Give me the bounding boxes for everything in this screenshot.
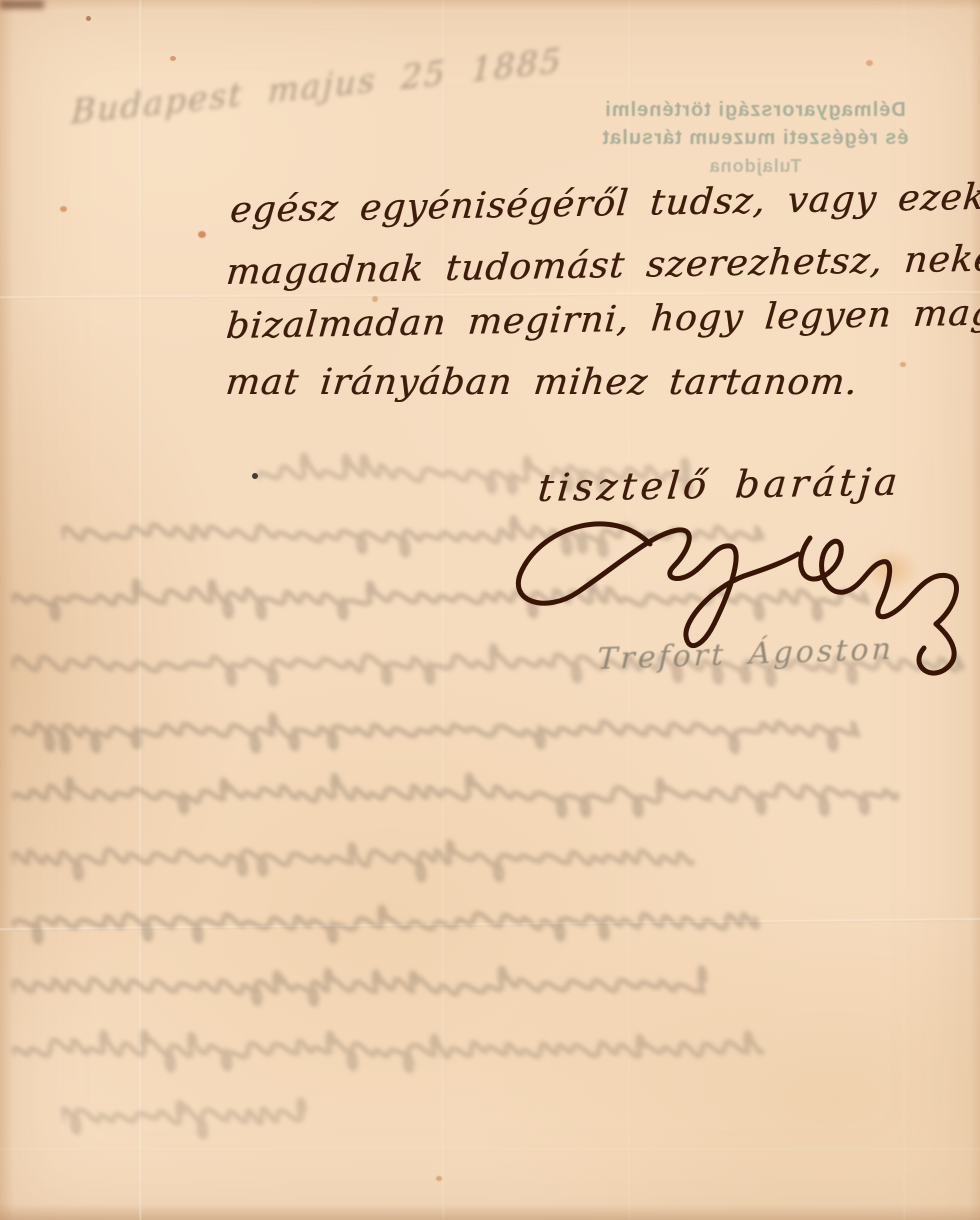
foxing-spot xyxy=(170,56,176,61)
bleedthrough-line xyxy=(5,756,917,840)
bleedthrough-stroke xyxy=(8,775,900,816)
signature-stroke xyxy=(518,524,798,646)
fold-crease-horizontal xyxy=(0,918,980,931)
bleedthrough-stroke xyxy=(9,842,696,880)
bleedthrough-stroke xyxy=(9,581,871,620)
signature-stroke xyxy=(919,624,954,673)
foxing-spot xyxy=(900,362,906,367)
letter-line-1: egész egyéniségéről tudsz, vagy ezekről xyxy=(228,176,980,231)
ink-speck xyxy=(252,473,258,479)
signature-stroke xyxy=(801,538,957,624)
fold-crease-horizontal xyxy=(0,1148,980,1151)
museum-stamp: Délmagyarországi történelmi és régészeti… xyxy=(576,96,934,180)
letter-closing: tisztelő barátja xyxy=(536,460,903,510)
foxing-spot xyxy=(436,1176,442,1181)
bleedthrough-line xyxy=(5,948,722,1032)
bleedthrough-stroke xyxy=(59,1100,309,1137)
bleedthrough-line xyxy=(5,692,877,776)
bleedthrough-stroke xyxy=(8,968,709,1005)
fold-crease-vertical xyxy=(442,0,445,1220)
letter-line-3: bizalmadan megirni, hogy legyen maga„ xyxy=(224,292,980,347)
foxing-spot xyxy=(60,206,67,212)
foxing-spot xyxy=(198,231,206,238)
bleedthrough-line xyxy=(55,496,782,580)
bleedthrough-stroke xyxy=(9,715,860,751)
letter-line-2: magadnak tudomást szerezhetsz, nekem xyxy=(224,238,980,293)
edge-smudge xyxy=(0,0,44,9)
bleedthrough-stroke xyxy=(9,1032,766,1071)
bleedthrough-stroke xyxy=(59,518,766,556)
bleedthrough-line xyxy=(55,1078,322,1162)
stamp-line-2: és régészeti muzeum társulat xyxy=(576,124,934,152)
bleedthrough-line xyxy=(5,884,777,968)
stain xyxy=(864,548,918,592)
ghost-date-line: Budapest majus 25 1885 xyxy=(71,40,564,131)
foxing-spot xyxy=(866,60,873,66)
pencil-note: Trefort Ágoston xyxy=(597,632,895,677)
stamp-line-3: Tulajdona xyxy=(576,152,934,180)
foxing-spot xyxy=(372,296,378,302)
letter-line-4: mat irányában mihez tartanom. xyxy=(224,362,860,403)
stamp-line-1: Délmagyarországi történelmi xyxy=(576,96,934,124)
foxing-spot xyxy=(86,16,91,21)
bleedthrough-line xyxy=(5,560,887,644)
letter-page: Budapest majus 25 1885 Délmagyarországi … xyxy=(0,0,980,1220)
bleedthrough-line xyxy=(5,1012,782,1096)
bleedthrough-stroke xyxy=(9,907,760,942)
fold-crease-vertical xyxy=(139,0,142,1220)
bleedthrough-line xyxy=(5,820,712,904)
